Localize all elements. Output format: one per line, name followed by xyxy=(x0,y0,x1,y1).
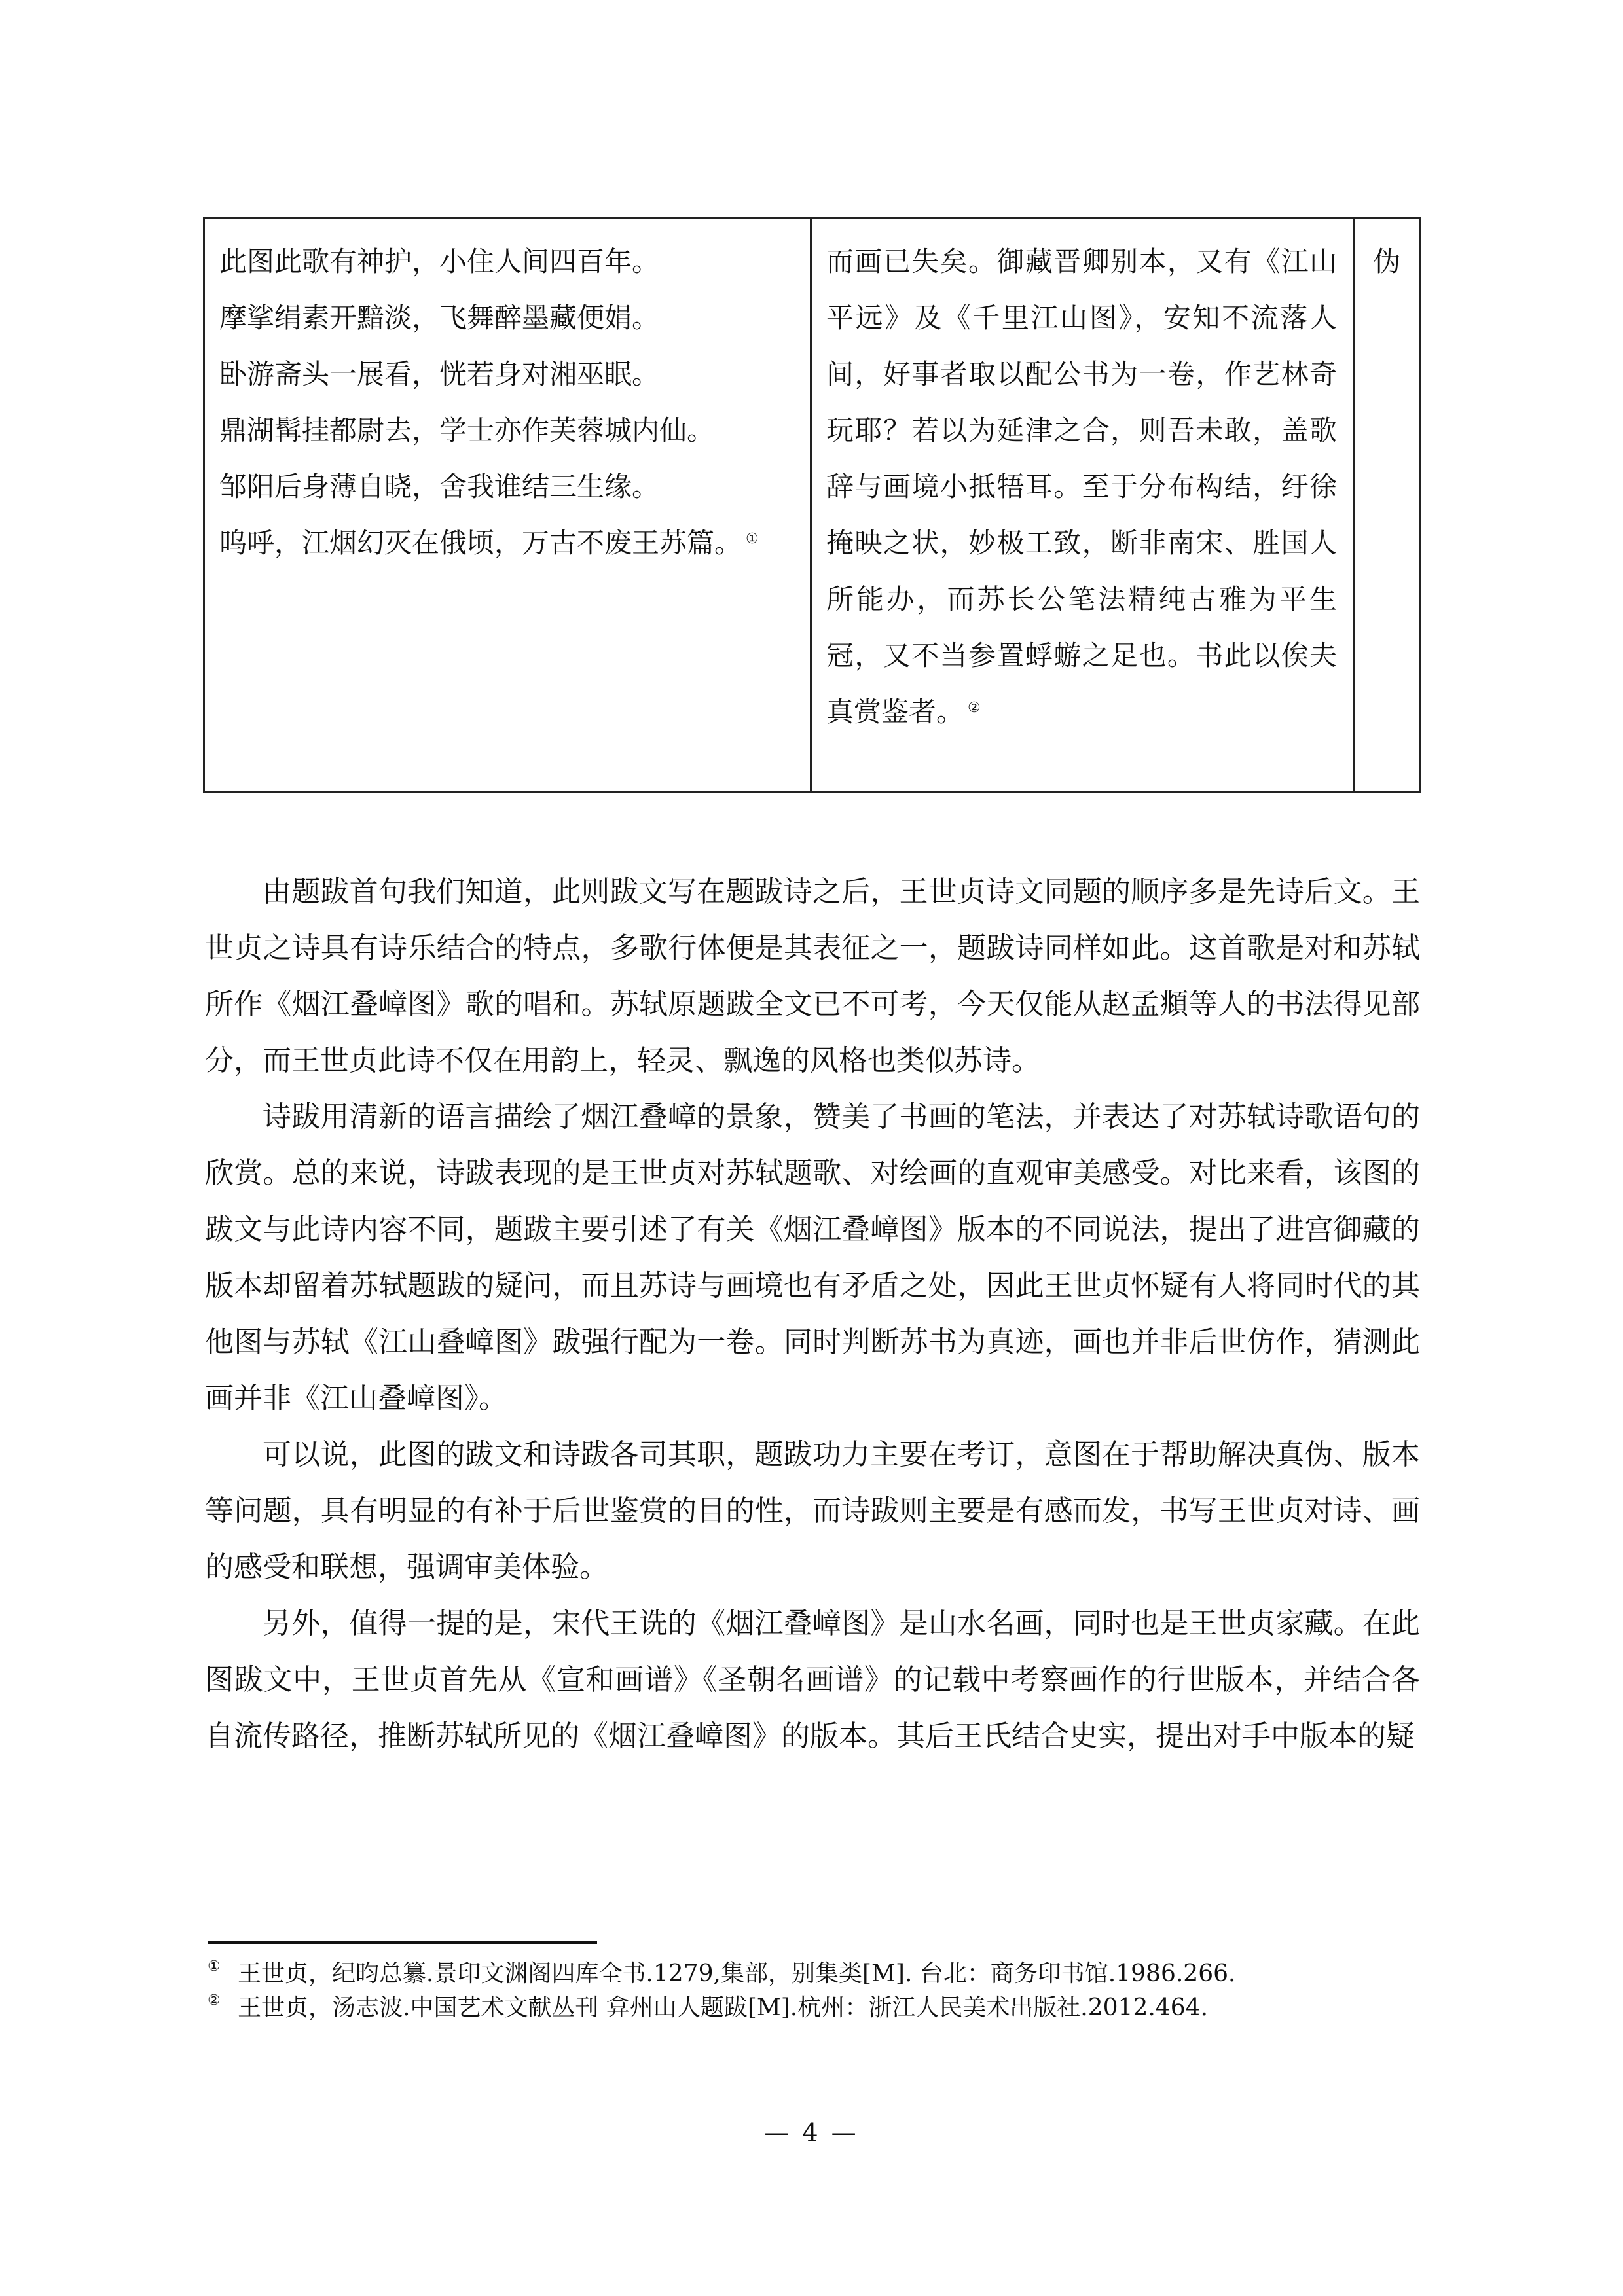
footnotes: ① 王世贞，纪昀总纂.景印文渊阁四库全书.1279,集部，别集类[M]. 台北：… xyxy=(208,1957,1425,2025)
paragraph: 可以说，此图的跋文和诗跋各司其职，题跋功力主要在考订，意图在于帮助解决真伪、版本… xyxy=(205,1427,1420,1596)
paragraph: 由题跋首句我们知道，此则跋文写在题跋诗之后，王世贞诗文同题的顺序多是先诗后文。王… xyxy=(205,864,1420,1089)
body-text: 由题跋首句我们知道，此则跋文写在题跋诗之后，王世贞诗文同题的顺序多是先诗后文。王… xyxy=(205,864,1420,1765)
poem-line-text: 呜呼，江烟幻灭在俄顷，万古不废王苏篇。 xyxy=(219,527,742,559)
footnote-text: 王世贞，汤志波.中国艺术文献丛刊 弇州山人题跋[M].杭州：浙江人民美术出版社.… xyxy=(238,1991,1208,2025)
paragraph: 另外，值得一提的是，宋代王诜的《烟江叠嶂图》是山水名画，同时也是王世贞家藏。在此… xyxy=(205,1596,1420,1765)
poem-line: 鼎湖髯挂都尉去，学士亦作芙蓉城内仙。 xyxy=(219,403,810,459)
colophon-paragraph: 而画已失矣。御藏晋卿别本，又有《江山平远》及《千里江山图》，安知不流落人间，好事… xyxy=(826,234,1337,740)
poem-line: 摩挲绢素开黯淡，飞舞醉墨藏便娟。 xyxy=(219,290,810,346)
page-number: — 4 — xyxy=(0,2118,1623,2147)
footnote-separator xyxy=(208,1941,597,1944)
colophon-text: 而画已失矣。御藏晋卿别本，又有《江山平远》及《千里江山图》，安知不流落人间，好事… xyxy=(826,245,1337,728)
paragraph: 诗跋用清新的语言描绘了烟江叠嶂的景象，赞美了书画的笔法，并表达了对苏轼诗歌语句的… xyxy=(205,1089,1420,1427)
footnote-ref-2[interactable]: ② xyxy=(968,700,981,716)
document-page: 此图此歌有神护，小住人间四百年。 摩挲绢素开黯淡，飞舞醉墨藏便娟。 卧游斋头一展… xyxy=(0,0,1623,2296)
poem-line: 此图此歌有神护，小住人间四百年。 xyxy=(219,234,810,290)
footnote-1: ① 王世贞，纪昀总纂.景印文渊阁四库全书.1279,集部，别集类[M]. 台北：… xyxy=(208,1957,1425,1991)
poem-line-last: 呜呼，江烟幻灭在俄顷，万古不废王苏篇。① xyxy=(219,515,810,571)
poem-cell: 此图此歌有神护，小住人间四百年。 摩挲绢素开黯淡，飞舞醉墨藏便娟。 卧游斋头一展… xyxy=(205,219,812,791)
footnote-text: 王世贞，纪昀总纂.景印文渊阁四库全书.1279,集部，别集类[M]. 台北：商务… xyxy=(238,1957,1235,1991)
footnote-ref-1[interactable]: ① xyxy=(746,531,759,547)
poem-line: 卧游斋头一展看，恍若身对湘巫眠。 xyxy=(219,346,810,403)
colophon-cell: 而画已失矣。御藏晋卿别本，又有《江山平远》及《千里江山图》，安知不流落人间，好事… xyxy=(812,219,1355,791)
poem-line: 邹阳后身薄自晓，舍我谁结三生缘。 xyxy=(219,459,810,515)
inscription-table: 此图此歌有神护，小住人间四百年。 摩挲绢素开黯淡，飞舞醉墨藏便娟。 卧游斋头一展… xyxy=(203,217,1421,793)
footnote-2: ② 王世贞，汤志波.中国艺术文献丛刊 弇州山人题跋[M].杭州：浙江人民美术出版… xyxy=(208,1991,1425,2025)
footnote-mark: ① xyxy=(208,1957,238,1977)
verdict-cell: 伪 xyxy=(1355,219,1419,791)
footnote-mark: ② xyxy=(208,1991,238,2011)
verdict-label: 伪 xyxy=(1355,234,1419,290)
